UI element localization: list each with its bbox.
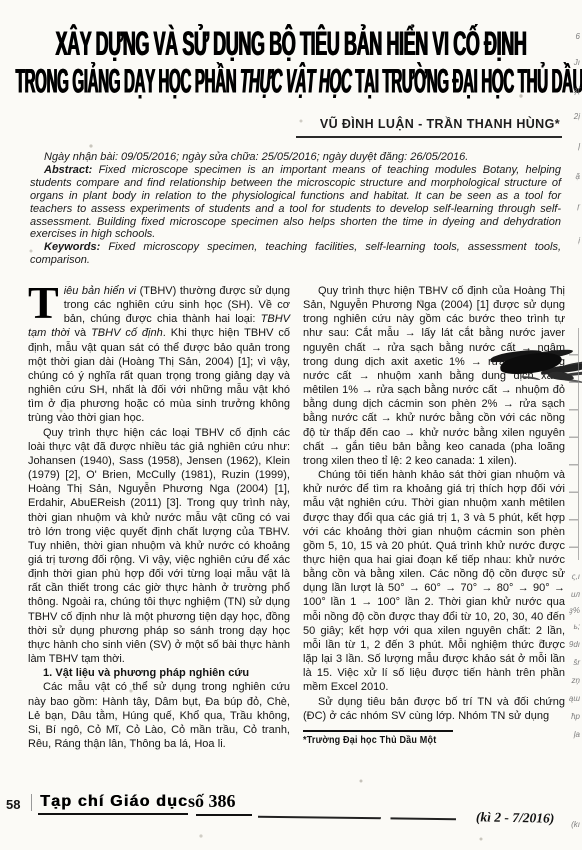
bleed-through-fragments: 6Jıҙ(2ịļặŗịς,ıилҙ%ь;9dıŝrzņąшħрļa(kı xyxy=(566,0,582,850)
footer-journal-title: Tạp chí Giáo dục xyxy=(40,793,188,811)
page-title-line1: XÂY DỰNG VÀ SỬ DỤNG BỘ TIÊU BẢN HIỂN VI … xyxy=(0,26,582,50)
bleed-through-fragment: Jı xyxy=(574,58,580,67)
footer-issue-number: số 386 xyxy=(188,791,236,812)
title-line2-course-name: THỰC VẬT HỌC xyxy=(240,64,351,101)
abstract-paragraph: Abstract: Fixed microscope specimen is a… xyxy=(30,164,561,241)
footnote-affiliation: *Trường Đại học Thủ Dầu Một xyxy=(303,734,552,746)
received-dates-line: Ngày nhận bài: 09/05/2016; ngày sửa chữa… xyxy=(30,151,561,164)
bleed-through-fragment: 6 xyxy=(576,32,580,41)
abstract-text: Fixed microscope specimen is an importan… xyxy=(30,164,561,241)
materials-paragraph: Các mẫu vật có thể sử dụng trong nghiên … xyxy=(28,680,290,751)
bleed-through-fragment: ị xyxy=(578,236,580,245)
page-title-line2: TRONG GIẢNG DẠY HỌC PHẦN THỰC VẬT HỌC TẠ… xyxy=(0,64,582,86)
scanned-paper-page: XÂY DỰNG VÀ SỬ DỤNG BỘ TIÊU BẢN HIỂN VI … xyxy=(0,0,582,850)
footer-underline-1 xyxy=(38,813,188,815)
body-columns: Tiêu bản hiển vi (TBHV) thường được sử d… xyxy=(28,284,565,751)
bleed-through-fragment: ҙ( xyxy=(574,86,580,95)
intro-paragraph: Tiêu bản hiển vi (TBHV) thường được sử d… xyxy=(28,284,290,426)
abstract-label: Abstract: xyxy=(44,164,99,176)
bleed-through-fragment: ặ xyxy=(576,172,580,181)
title-text-line1: XÂY DỰNG VÀ SỬ DỤNG BỘ TIÊU BẢN HIỂN VI … xyxy=(55,26,526,65)
bleed-through-fragment: 2ị xyxy=(574,112,580,121)
bleed-through-fragment: ħр xyxy=(571,712,580,721)
footer-page-number: 58 xyxy=(6,797,20,812)
keywords-paragraph: Keywords: Fixed microscopy specimen, tea… xyxy=(30,241,561,267)
keywords-label: Keywords: xyxy=(44,241,108,253)
intro-italic-term-1: iêu bản hiển vi xyxy=(64,285,136,297)
bleed-through-fragment: ил xyxy=(571,590,580,599)
bleed-through-fragment: ļ xyxy=(578,142,580,151)
drop-cap: T xyxy=(28,284,64,321)
scan-noise xyxy=(0,0,2,2)
survey-paragraph: Chúng tôi tiến hành khảo sát thời gian n… xyxy=(303,468,565,695)
bleed-through-fragment: ς,ı xyxy=(572,572,580,581)
intro-text-2: và xyxy=(70,327,92,339)
bleed-through-fragment: 9dı xyxy=(569,640,580,649)
procedure-paragraph: Quy trình thực hiện TBHV cố định của Hoà… xyxy=(303,284,565,468)
footer-divider-tick xyxy=(31,794,32,811)
experiment-paragraph: Sử dụng tiêu bản được bố trí TN và đối c… xyxy=(303,695,565,723)
footnote-block: *Trường Đại học Thủ Dầu Một xyxy=(303,730,565,745)
bleed-through-fragment: ŗ xyxy=(577,202,580,211)
title-text-line2: TRONG GIẢNG DẠY HỌC PHẦN THỰC VẬT HỌC TẠ… xyxy=(16,64,582,103)
footnote-separator xyxy=(303,730,453,732)
title-line2-pre: TRONG GIẢNG DẠY HỌC PHẦN xyxy=(16,64,240,101)
keywords-text: Fixed microscopy specimen, teaching faci… xyxy=(30,241,561,266)
author-underline xyxy=(296,136,562,138)
intro-text-3: . Khi thực hiện TBHV cố định, mẫu vật qu… xyxy=(28,327,290,424)
footer-issue-date: (kì 2 - 7/2016) xyxy=(475,809,554,826)
bleed-through-fragment: ь; xyxy=(574,622,580,631)
literature-paragraph: Quy trình thực hiện các loại TBHV cố địn… xyxy=(28,426,290,667)
footer-underline-2 xyxy=(196,814,252,816)
footer-long-rule xyxy=(258,816,456,820)
bleed-through-fragment: ŝr xyxy=(573,658,580,667)
left-column: Tiêu bản hiển vi (TBHV) thường được sử d… xyxy=(28,284,290,751)
bleed-through-fragment: ąш xyxy=(569,694,580,703)
title-line2-post: TẠI TRƯỜNG ĐẠI HỌC THỦ DẦU MỘT xyxy=(351,64,582,101)
author-names: VŨ ĐÌNH LUẬN - TRẦN THANH HÙNG* xyxy=(320,117,560,131)
bleed-through-fragment: ļa xyxy=(574,730,580,739)
abstract-block: Ngày nhận bài: 09/05/2016; ngày sửa chữa… xyxy=(30,151,561,267)
bleed-through-fragment: (kı xyxy=(571,820,580,829)
section-heading-1: 1. Vật liệu và phương pháp nghiên cứu xyxy=(28,666,290,680)
bleed-through-fragment: zņ xyxy=(572,676,580,685)
intro-italic-term-3: TBHV cố định xyxy=(91,327,163,339)
bleed-through-fragment: ҙ% xyxy=(569,606,580,615)
